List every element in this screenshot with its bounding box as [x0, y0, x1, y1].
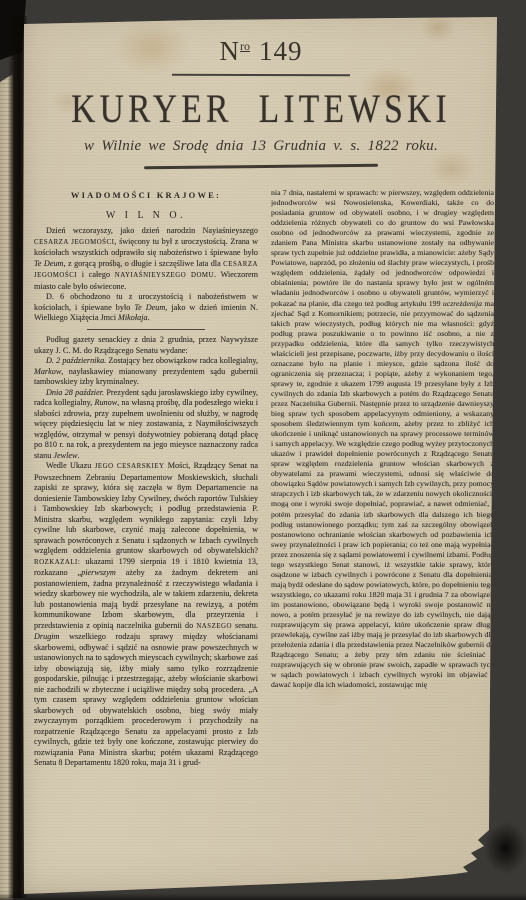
section-divider — [87, 329, 205, 331]
paragraph: D. 6 obchodzono tu z uroczystością i nab… — [34, 292, 258, 324]
issue-prefix: N — [220, 36, 241, 66]
right-column: nia 7 dnia, nastałemi w sprawach: w pier… — [271, 188, 494, 820]
paragraph: Dnia 28 paździer. Prezydent sądu jarosła… — [34, 388, 258, 462]
paragraph: Podług gazety senackiey z dnia 2 grudnia… — [34, 335, 258, 356]
text-run: senatu. — [232, 621, 258, 630]
paragraph: D. 2 października. Zostający bez obowiąz… — [34, 356, 258, 388]
text-run: D. 2 października. — [46, 356, 106, 365]
text-run: Naszego — [196, 623, 232, 630]
ink-blot — [466, 810, 526, 886]
text-run: Dnia 28 paździer. — [46, 388, 104, 397]
section-heading: WIADOMOŚCI KRAJOWE: — [34, 190, 258, 200]
text-run: nia 7 dnia, nastałemi w sprawach: w pier… — [271, 188, 494, 308]
text-run: pierwszym — [81, 568, 116, 577]
page-content: Nro149 KURYER LITEWSKI w Wilnie we Srodę… — [30, 24, 492, 168]
text-run: . — [148, 313, 150, 322]
body-columns: WIADOMOŚCI KRAJOWE: W I L N O. Dzień wcz… — [34, 188, 494, 836]
text-run: i całego — [77, 270, 115, 279]
left-column: WIADOMOŚCI KRAJOWE: W I L N O. Dzień wcz… — [34, 188, 258, 836]
paragraph: nia 7 dnia, nastałemi w sprawach: w pier… — [271, 188, 494, 690]
text-run: Nayiaśnieyszego Domu — [115, 272, 214, 279]
dateline: w Wilnie we Srodę dnia 13 Grudnia v. s. … — [30, 138, 492, 155]
text-run: wszelkiego rodzaju sprawy między włościa… — [34, 632, 258, 767]
text-run: Rozkazali: — [34, 559, 80, 566]
city-heading: W I L N O. — [34, 210, 258, 221]
text-run: Markow — [34, 367, 61, 376]
masthead: Nro149 KURYER LITEWSKI w Wilnie we Srodę… — [30, 36, 492, 168]
text-run: Runow — [94, 398, 117, 407]
text-run: Te Deum — [134, 303, 165, 312]
newspaper-sheet: Nro149 KURYER LITEWSKI w Wilnie we Srodę… — [0, 0, 526, 900]
paragraph: Dzień wczorayszy, jako dzień narodzin Na… — [34, 226, 258, 292]
scan-bottom-edge — [0, 893, 526, 900]
text-run: Jego Cesarskiey — [95, 463, 165, 470]
newspaper-title: KURYER LITEWSKI — [67, 89, 455, 129]
text-run: Podług gazety senackiey z dnia 2 grudnia… — [34, 335, 258, 355]
text-run: Wedle Ukazu — [46, 461, 95, 470]
text-run: Mości, Rządzący Senat na Powszechnem Zeb… — [34, 461, 258, 555]
scanned-newspaper-page: Nro149 KURYER LITEWSKI w Wilnie we Srodę… — [0, 0, 526, 900]
issue-number: Nro149 — [30, 36, 492, 67]
text-run: Zostający bez obowiązkow radca kollegial… — [106, 356, 258, 365]
left-column-text: Dzień wczorayszy, jako dzień narodzin Na… — [34, 226, 258, 769]
text-run: Mikołaja — [118, 313, 148, 322]
text-run: , nayłaskawiey mianowany prezydentem sąd… — [34, 367, 258, 387]
text-run: ma zjechać Sąd z Komornikiem; potrzecie,… — [271, 299, 494, 690]
text-run: uczreżdenija — [443, 299, 482, 308]
text-run: Jewlew — [53, 451, 77, 460]
text-run: Te Deum — [34, 259, 63, 268]
paragraph: Wedle Ukazu Jego Cesarskiey Mości, Rządz… — [34, 461, 258, 769]
issue-value: 149 — [259, 36, 303, 66]
issue-superscript: ro — [240, 39, 250, 53]
text-run: Drugim — [34, 632, 59, 641]
text-run: Cesarza Jegomości — [34, 239, 114, 246]
right-column-text: nia 7 dnia, nastałemi w sprawach: w pier… — [271, 188, 494, 690]
text-run: ażeby za żadnym dekretem ani postanowien… — [34, 568, 258, 630]
text-run: Dzień wczorayszy, jako dzień narodzin Na… — [46, 226, 258, 235]
text-run: , z gorącą prośbą, o długie i szczęśliwe… — [63, 259, 223, 268]
header-rule-bottom — [144, 164, 378, 169]
text-run: . — [77, 451, 79, 460]
header-rule-top — [172, 74, 350, 77]
